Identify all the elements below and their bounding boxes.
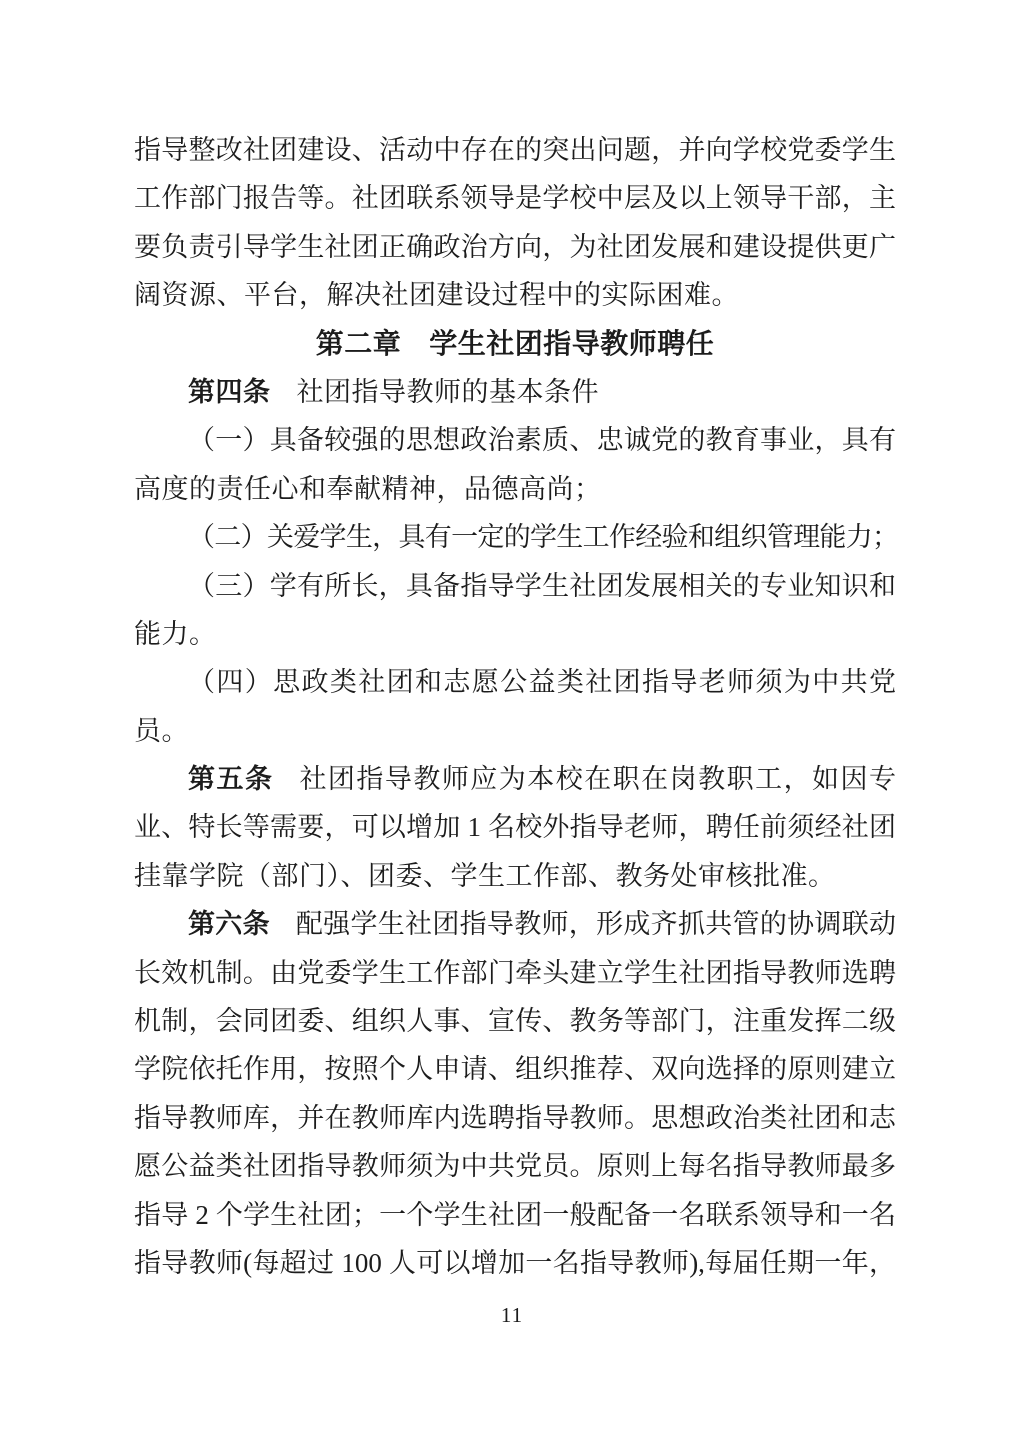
text-line: 要负责引导学生社团正确政治方向，为社团发展和建设提供更广 <box>134 223 896 271</box>
article-number: 第六条 <box>188 909 270 939</box>
text-line: 挂靠学院（部门）、团委、学生工作部、教务处审核批准。 <box>134 852 896 900</box>
chapter-heading: 第二章学生社团指导教师聘任 <box>134 320 896 368</box>
text-line: 机制，会同团委、组织人事、宣传、教务等部门，注重发挥二级 <box>134 997 896 1045</box>
text-line: 业、特长等需要，可以增加 1 名校外指导老师，聘任前须经社团 <box>134 803 896 851</box>
text-line: 员。 <box>134 707 896 755</box>
text-line: 长效机制。由党委学生工作部门牵头建立学生社团指导教师选聘 <box>134 949 896 997</box>
text-line: （四）思政类社团和志愿公益类社团指导老师须为中共党 <box>134 658 896 706</box>
text-line: 愿公益类社团指导教师须为中共党员。原则上每名指导教师最多 <box>134 1142 896 1190</box>
chapter-number: 第二章 <box>316 328 402 359</box>
article-text: 配强学生社团指导教师，形成齐抓共管的协调联动 <box>296 909 896 939</box>
chapter-title: 学生社团指导教师聘任 <box>429 328 714 359</box>
text-line: （一）具备较强的思想政治素质、忠诚党的教育事业，具有 <box>134 416 896 464</box>
text-line: 阔资源、平台，解决社团建设过程中的实际困难。 <box>134 271 896 319</box>
article-6-line: 第六条配强学生社团指导教师，形成齐抓共管的协调联动 <box>134 900 896 948</box>
text-line: 指导 2 个学生社团；一个学生社团一般配备一名联系领导和一名 <box>134 1191 896 1239</box>
text-line: 学院依托作用，按照个人申请、组织推荐、双向选择的原则建立 <box>134 1045 896 1093</box>
text-line: （三）学有所长，具备指导学生社团发展相关的专业知识和 <box>134 562 896 610</box>
article-4-heading-line: 第四条社团指导教师的基本条件 <box>134 368 896 416</box>
article-number: 第五条 <box>188 764 273 794</box>
document-body: 指导整改社团建设、活动中存在的突出问题，并向学校党委学生 工作部门报告等。社团联… <box>134 126 896 1287</box>
text-line: 工作部门报告等。社团联系领导是学校中层及以上领导干部，主 <box>134 174 896 222</box>
page-number: 11 <box>501 1303 523 1327</box>
page-footer: 11 <box>0 1303 1024 1328</box>
text-line: 指导教师(每超过 100 人可以增加一名指导教师),每届任期一年， <box>134 1239 896 1287</box>
text-line: 指导教师库，并在教师库内选聘指导教师。思想政治类社团和志 <box>134 1094 896 1142</box>
text-line: 高度的责任心和奉献精神，品德高尚； <box>134 465 896 513</box>
text-line: 能力。 <box>134 610 896 658</box>
article-title: 社团指导教师的基本条件 <box>297 377 600 407</box>
article-text: 社团指导教师应为本校在职在岗教职工，如因专 <box>299 764 896 794</box>
article-5-line: 第五条社团指导教师应为本校在职在岗教职工，如因专 <box>134 755 896 803</box>
text-line: （二）关爱学生，具有一定的学生工作经验和组织管理能力； <box>134 513 896 561</box>
article-number: 第四条 <box>188 377 271 407</box>
text-line: 指导整改社团建设、活动中存在的突出问题，并向学校党委学生 <box>134 126 896 174</box>
document-page: 指导整改社团建设、活动中存在的突出问题，并向学校党委学生 工作部门报告等。社团联… <box>0 0 1024 1448</box>
